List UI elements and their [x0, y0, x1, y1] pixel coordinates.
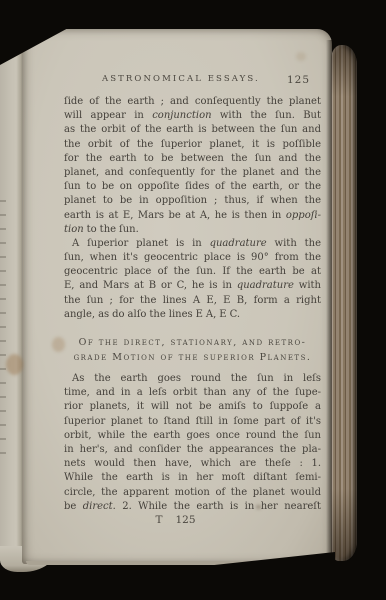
page-footer: T125 [64, 514, 321, 526]
text-line: in her's, and conſider the appearances t… [64, 443, 321, 457]
footer-page-number: 125 [175, 514, 195, 526]
text-line: nets would then have, which are theſe : … [64, 457, 321, 471]
text-line: will appear in conjunction with the ſun.… [64, 109, 321, 123]
book-photo: ASTRONOMICAL ESSAYS. 125 ſide of the ear… [0, 0, 386, 600]
running-header: ASTRONOMICAL ESSAYS. 125 [64, 74, 321, 86]
text-line: planet, and conſequently for the planet … [64, 166, 321, 180]
page-stain [296, 52, 306, 61]
text-line: angle, as do alſo the lines E A, E C. [64, 308, 321, 322]
text-line: tion to the ſun. [64, 223, 321, 237]
facing-page-text-fragments [0, 200, 6, 460]
section-heading: Of the direct, stationary, and retro- gr… [64, 336, 321, 365]
text-line: planet to be in oppoſition ; thus, if wh… [64, 194, 321, 208]
text-line: ſuperior planet to ſtand ſtill in ſome p… [64, 415, 321, 429]
page-content: ASTRONOMICAL ESSAYS. 125 ſide of the ear… [64, 74, 321, 526]
header-title: ASTRONOMICAL ESSAYS. [102, 74, 260, 84]
text-line: for the earth to be between the ſun and … [64, 152, 321, 166]
text-line: as the orbit of the earth is between the… [64, 123, 321, 137]
text-line: circle, the apparent motion of the plane… [64, 486, 321, 500]
text-line: be direct. 2. While the earth is in her … [64, 500, 321, 514]
book-fore-edge [331, 45, 357, 561]
section-heading-line: Of the direct, stationary, and retro- [64, 336, 321, 351]
text-line: orbit, while the earth goes once round t… [64, 429, 321, 443]
text-line: As the earth goes round the ſun in leſs [64, 372, 321, 386]
signature-mark: T [155, 514, 162, 526]
header-page-number: 125 [287, 74, 310, 86]
text-line: time, and in a leſs orbit than any of th… [64, 386, 321, 400]
body-paragraph: A ſuperior planet is in quadrature with … [64, 237, 321, 322]
body-paragraph: ſide of the earth ; and conſequently the… [64, 95, 321, 237]
text-line: A ſuperior planet is in quadrature with … [64, 237, 321, 251]
text-line: ſide of the earth ; and conſequently the… [64, 95, 321, 109]
text-line: While the earth is in her moſt diſtant ſ… [64, 471, 321, 485]
body-paragraph: As the earth goes round the ſun in leſst… [64, 372, 321, 514]
text-line: earth is at E, Mars be at A, he is then … [64, 209, 321, 223]
text-line: ſun to be on oppoſite ſides of the earth… [64, 180, 321, 194]
text-line: geocentric place of the ſun. If the eart… [64, 265, 321, 279]
text-line: the orbit of the ſuperior planet, it is … [64, 138, 321, 152]
section-heading-line: grade Motion of the superior Planets. [64, 351, 321, 366]
text-line: the ſun ; for the lines A E, E B, form a… [64, 294, 321, 308]
text-line: rior planets, it will not be amiſs to ſu… [64, 400, 321, 414]
page-stain [6, 354, 23, 375]
page-edge-shadow [326, 40, 332, 564]
text-line: E, and Mars at B or C, he is in quadratu… [64, 279, 321, 293]
text-line: ſun, when it's geocentric place is 90° f… [64, 251, 321, 265]
